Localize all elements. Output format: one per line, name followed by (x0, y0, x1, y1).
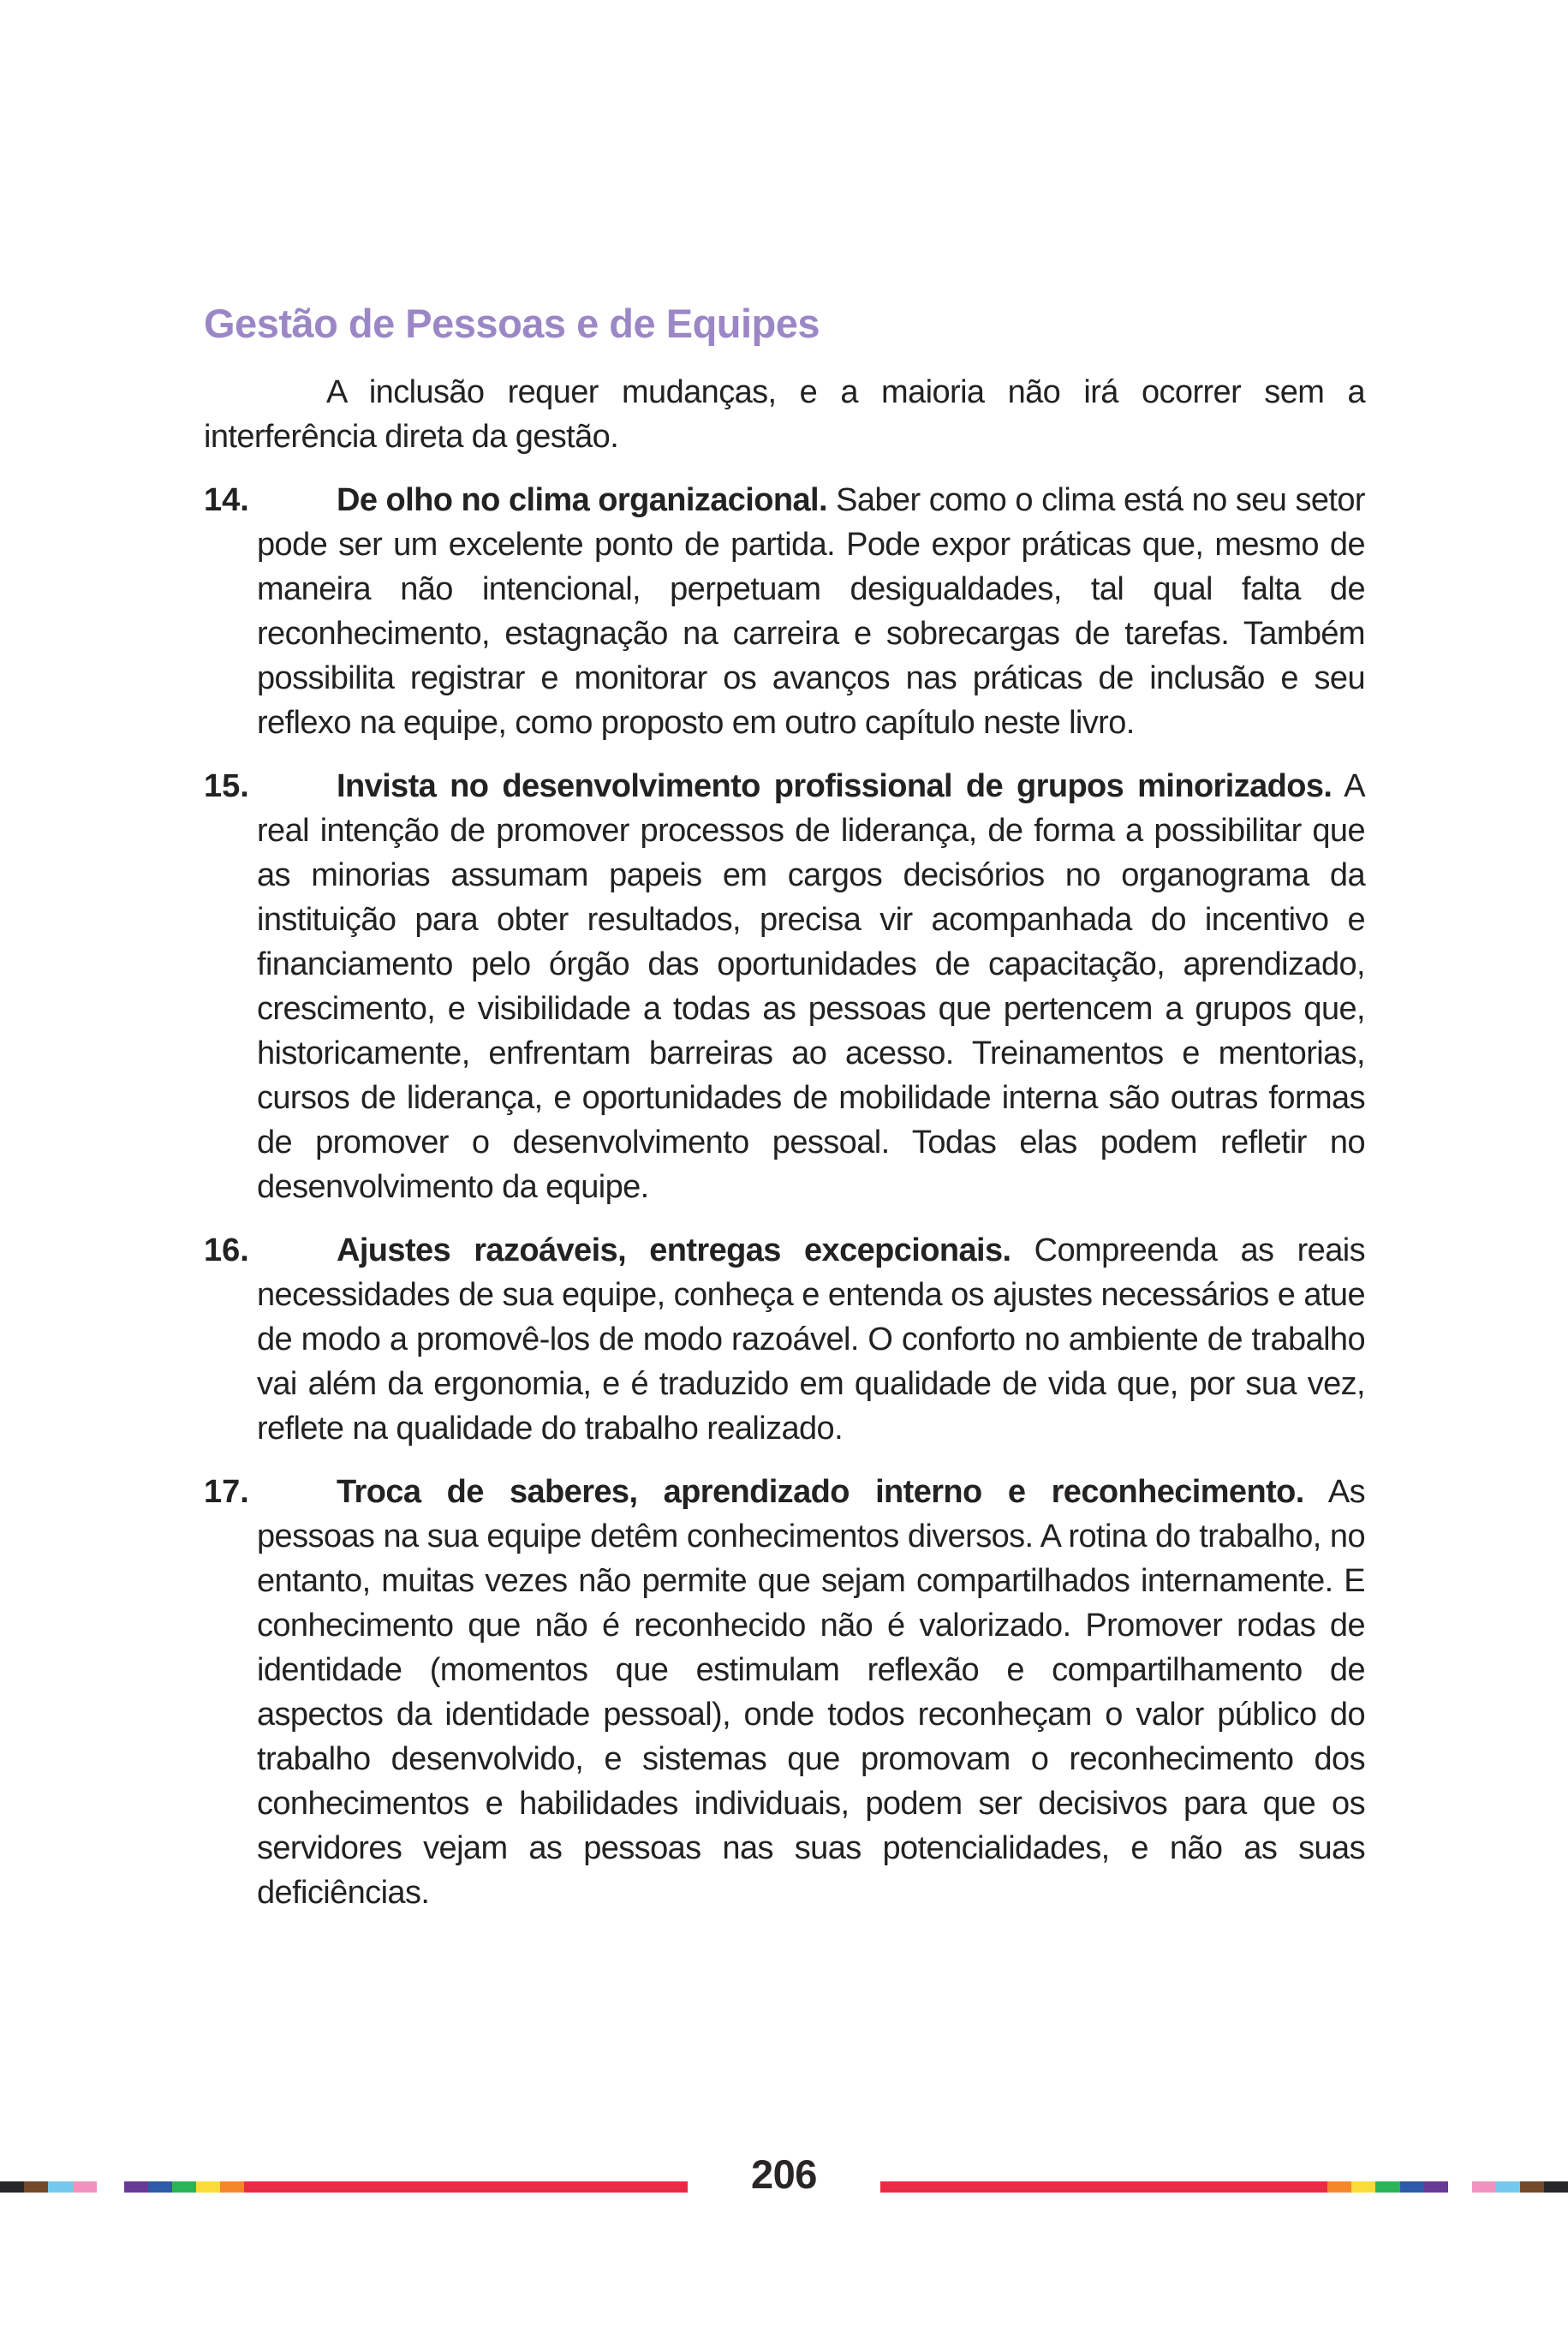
item-number: 14. (204, 478, 249, 522)
item-number: 15. (204, 764, 249, 808)
item-paragraph: Ajustes razoáveis, entregas excepcionais… (257, 1228, 1365, 1451)
pride-strip-segment-pink (1472, 2181, 1496, 2193)
pride-strip-segment-black (0, 2181, 24, 2193)
list-item-14: 14. De olho no clima organizacional. Sab… (204, 478, 1365, 745)
pride-strip-segment-lightblue (1496, 2181, 1520, 2193)
pride-strip-segment-green (172, 2181, 196, 2193)
item-title: Invista no desenvolvimento profissional … (337, 768, 1332, 804)
pride-strip-segment-orange (220, 2181, 244, 2193)
pride-strip-segment-brown (24, 2181, 48, 2193)
item-body: Saber como o clima está no seu setor pod… (257, 482, 1365, 741)
pride-strip-segment-gap (97, 2181, 124, 2193)
item-paragraph: De olho no clima organizacional. Saber c… (257, 478, 1365, 745)
pride-strip-segment-red (880, 2181, 1327, 2193)
pride-strip-segment-orange (1327, 2181, 1351, 2193)
pride-strip-right (880, 2181, 1568, 2193)
pride-strip-segment-pink (73, 2181, 97, 2193)
pride-strip-left (0, 2181, 688, 2193)
item-number: 17. (204, 1470, 249, 1514)
page-number: 206 (688, 2152, 880, 2197)
item-title: Ajustes razoáveis, entregas excepcionais… (337, 1232, 1011, 1268)
item-title: De olho no clima organizacional. (337, 482, 827, 518)
pride-strip-segment-yellow (196, 2181, 220, 2193)
pride-strip-segment-brown (1520, 2181, 1544, 2193)
pride-strip-segment-blue (148, 2181, 172, 2193)
pride-strip-segment-black (1544, 2181, 1568, 2193)
page-content: Gestão de Pessoas e de Equipes A inclusã… (204, 300, 1365, 1934)
list-item-15: 15. Invista no desenvolvimento profissio… (204, 764, 1365, 1209)
item-body: As pessoas na sua equipe detêm conhecime… (257, 1474, 1365, 1911)
intro-paragraph: A inclusão requer mudanças, e a maioria … (204, 370, 1365, 459)
pride-strip-segment-red (244, 2181, 688, 2193)
pride-strip-segment-blue (1400, 2181, 1424, 2193)
item-number: 16. (204, 1228, 249, 1273)
item-paragraph: Troca de saberes, aprendizado interno e … (257, 1470, 1365, 1915)
pride-strip-segment-green (1375, 2181, 1400, 2193)
item-body: A real intenção de promover processos de… (257, 768, 1365, 1205)
book-page: Gestão de Pessoas e de Equipes A inclusã… (0, 0, 1568, 2327)
pride-strip-segment-purple (124, 2181, 148, 2193)
item-title: Troca de saberes, aprendizado interno e … (337, 1474, 1304, 1510)
list-item-16: 16. Ajustes razoáveis, entregas excepcio… (204, 1228, 1365, 1451)
section-heading: Gestão de Pessoas e de Equipes (204, 300, 1365, 348)
item-paragraph: Invista no desenvolvimento profissional … (257, 764, 1365, 1209)
pride-strip-segment-lightblue (48, 2181, 73, 2193)
list-item-17: 17. Troca de saberes, aprendizado intern… (204, 1470, 1365, 1915)
pride-strip-segment-yellow (1351, 2181, 1375, 2193)
pride-strip-segment-purple (1424, 2181, 1448, 2193)
pride-strip-segment-gap (1448, 2181, 1472, 2193)
